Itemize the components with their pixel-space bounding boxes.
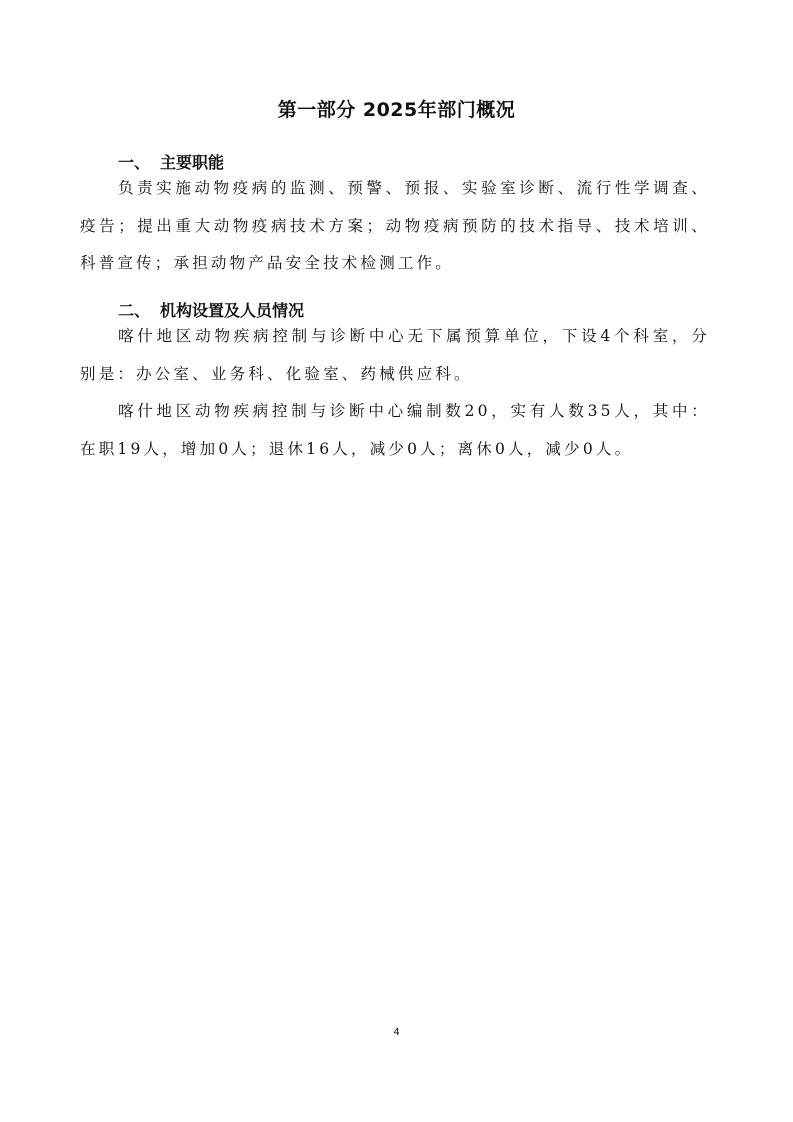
page-title: 第一部分 2025年部门概况	[0, 95, 793, 122]
paragraph-staffing: 喀什地区动物疾病控制与诊断中心编制数20，实有人数35人，其中：在职19人，增加…	[80, 393, 710, 468]
page-number: 4	[0, 1027, 793, 1038]
paragraph-organization-units: 喀什地区动物疾病控制与诊断中心无下属预算单位，下设4个科室，分别是：办公室、业务…	[80, 318, 710, 393]
paragraph-main-functions: 负责实施动物疫病的监测、预警、预报、实验室诊断、流行性学调查、疫告；提出重大动物…	[80, 170, 710, 283]
